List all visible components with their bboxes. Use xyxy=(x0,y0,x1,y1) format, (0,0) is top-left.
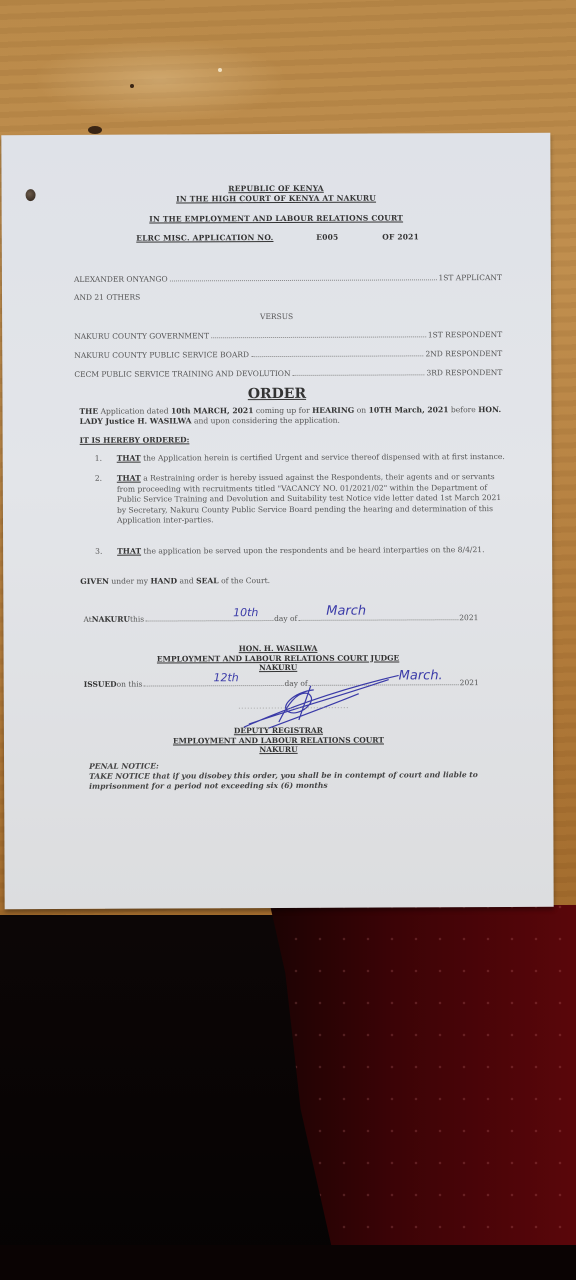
intro-date: 10th MARCH, 2021 xyxy=(171,406,254,415)
given-text: and xyxy=(177,576,196,585)
application-label: ELRC MISC. APPLICATION NO. xyxy=(136,233,273,243)
photo-scene: REPUBLIC OF KENYA IN THE HIGH COURT OF K… xyxy=(0,0,576,1280)
respondent-role: 1ST RESPONDENT xyxy=(428,330,502,339)
registrar-block: DEPUTY REGISTRAR EMPLOYMENT AND LABOUR R… xyxy=(4,725,553,756)
applicant-name: ALEXANDER ONYANGO xyxy=(74,274,168,283)
order-item: 3. THAT the application be served upon t… xyxy=(95,545,508,557)
respondent-row: CECM PUBLIC SERVICE TRAINING AND DEVOLUT… xyxy=(74,368,502,379)
intro-text: Application dated xyxy=(98,406,171,415)
registrar-place: NAKURU xyxy=(4,744,553,756)
month-blank: March xyxy=(298,619,458,621)
handwritten-day: 10th xyxy=(233,606,258,619)
order-text: the application be served upon the respo… xyxy=(141,545,484,555)
order-lead: THAT xyxy=(117,547,141,556)
wood-speck xyxy=(218,68,222,72)
given-hand: HAND xyxy=(150,576,177,585)
handwritten-month: March xyxy=(326,604,366,619)
intro-text: before xyxy=(448,405,478,414)
dotted-leader xyxy=(293,374,425,376)
order-item: 1. THAT the Application herein is certif… xyxy=(95,452,508,464)
respondent-name: CECM PUBLIC SERVICE TRAINING AND DEVOLUT… xyxy=(74,369,290,379)
registrar-signature xyxy=(239,671,409,732)
court-order-document: REPUBLIC OF KENYA IN THE HIGH COURT OF K… xyxy=(1,133,553,909)
application-number: E005 xyxy=(316,233,338,242)
issued-label: ISSUED xyxy=(84,680,117,689)
judge-block: HON. H. WASILWA EMPLOYMENT AND LABOUR RE… xyxy=(4,643,553,674)
order-lead: THAT xyxy=(117,454,141,463)
order-text: the Application herein is certified Urge… xyxy=(141,452,505,463)
intro-text: on xyxy=(354,406,368,415)
penal-text: TAKE NOTICE that if you disobey this ord… xyxy=(89,770,509,792)
ordered-heading: IT IS HEREBY ORDERED: xyxy=(80,434,510,446)
handwritten-day: 12th xyxy=(213,671,238,684)
given-word: GIVEN xyxy=(80,577,109,586)
intro-hearing: HEARING xyxy=(312,406,354,415)
header-high-court: IN THE HIGH COURT OF KENYA AT NAKURU xyxy=(2,193,551,204)
application-number-line: ELRC MISC. APPLICATION NO. E005 OF 2021 xyxy=(2,232,551,243)
order-title: ORDER xyxy=(2,385,551,403)
given-text: of the Court. xyxy=(219,576,270,585)
year: 2021 xyxy=(459,613,478,622)
respondent-row: NAKURU COUNTY PUBLIC SERVICE BOARD 2ND R… xyxy=(74,349,502,360)
applicant-row: ALEXANDER ONYANGO 1ST APPLICANT xyxy=(74,273,502,284)
intro-text: and upon considering the application. xyxy=(191,416,339,426)
given-text: under my xyxy=(109,577,151,586)
respondent-role: 3RD RESPONDENT xyxy=(426,368,502,377)
wood-speck xyxy=(88,126,102,134)
given-line: GIVEN under my HAND and SEAL of the Cour… xyxy=(80,575,510,587)
application-year: OF 2021 xyxy=(382,232,419,241)
floor-shadow xyxy=(0,1245,576,1280)
intro-text: coming up for xyxy=(253,406,312,415)
at-this: this xyxy=(130,615,144,624)
dotted-leader xyxy=(211,336,426,338)
respondent-name: NAKURU COUNTY PUBLIC SERVICE BOARD xyxy=(74,350,249,360)
order-number: 3. xyxy=(95,547,117,558)
day-blank: 10th xyxy=(145,620,273,622)
order-item: 2. THAT a Restraining order is hereby is… xyxy=(95,472,508,526)
order-lead: THAT xyxy=(117,474,141,483)
respondent-role: 2ND RESPONDENT xyxy=(425,349,502,358)
issued-on-this: on this xyxy=(117,680,143,689)
header-elrc: IN THE EMPLOYMENT AND LABOUR RELATIONS C… xyxy=(2,213,551,224)
given-seal: SEAL xyxy=(196,576,219,585)
intro-the: THE xyxy=(80,407,99,416)
respondent-row: NAKURU COUNTY GOVERNMENT 1ST RESPONDENT xyxy=(74,330,502,341)
dotted-leader xyxy=(251,355,423,357)
year: 2021 xyxy=(460,678,479,687)
intro-hearing-date: 10TH March, 2021 xyxy=(369,405,449,414)
day-of-label: day of xyxy=(274,614,297,623)
wood-speck xyxy=(130,84,134,88)
given-at-line: At NAKURU this 10th day of March 2021 xyxy=(83,613,503,624)
at-prefix: At xyxy=(83,615,91,624)
penal-notice: PENAL NOTICE: TAKE NOTICE that if you di… xyxy=(89,760,509,792)
applicant-role: 1ST APPLICANT xyxy=(438,273,502,282)
at-place: NAKURU xyxy=(92,615,130,624)
order-intro: THE Application dated 10th MARCH, 2021 c… xyxy=(80,405,510,427)
order-text: a Restraining order is hereby issued aga… xyxy=(117,472,501,525)
versus-label: VERSUS xyxy=(2,311,551,322)
order-number: 2. xyxy=(95,474,117,527)
dotted-leader xyxy=(170,279,437,281)
applicant-others: AND 21 OTHERS xyxy=(74,293,140,302)
order-number: 1. xyxy=(95,454,117,465)
respondent-name: NAKURU COUNTY GOVERNMENT xyxy=(74,331,209,341)
